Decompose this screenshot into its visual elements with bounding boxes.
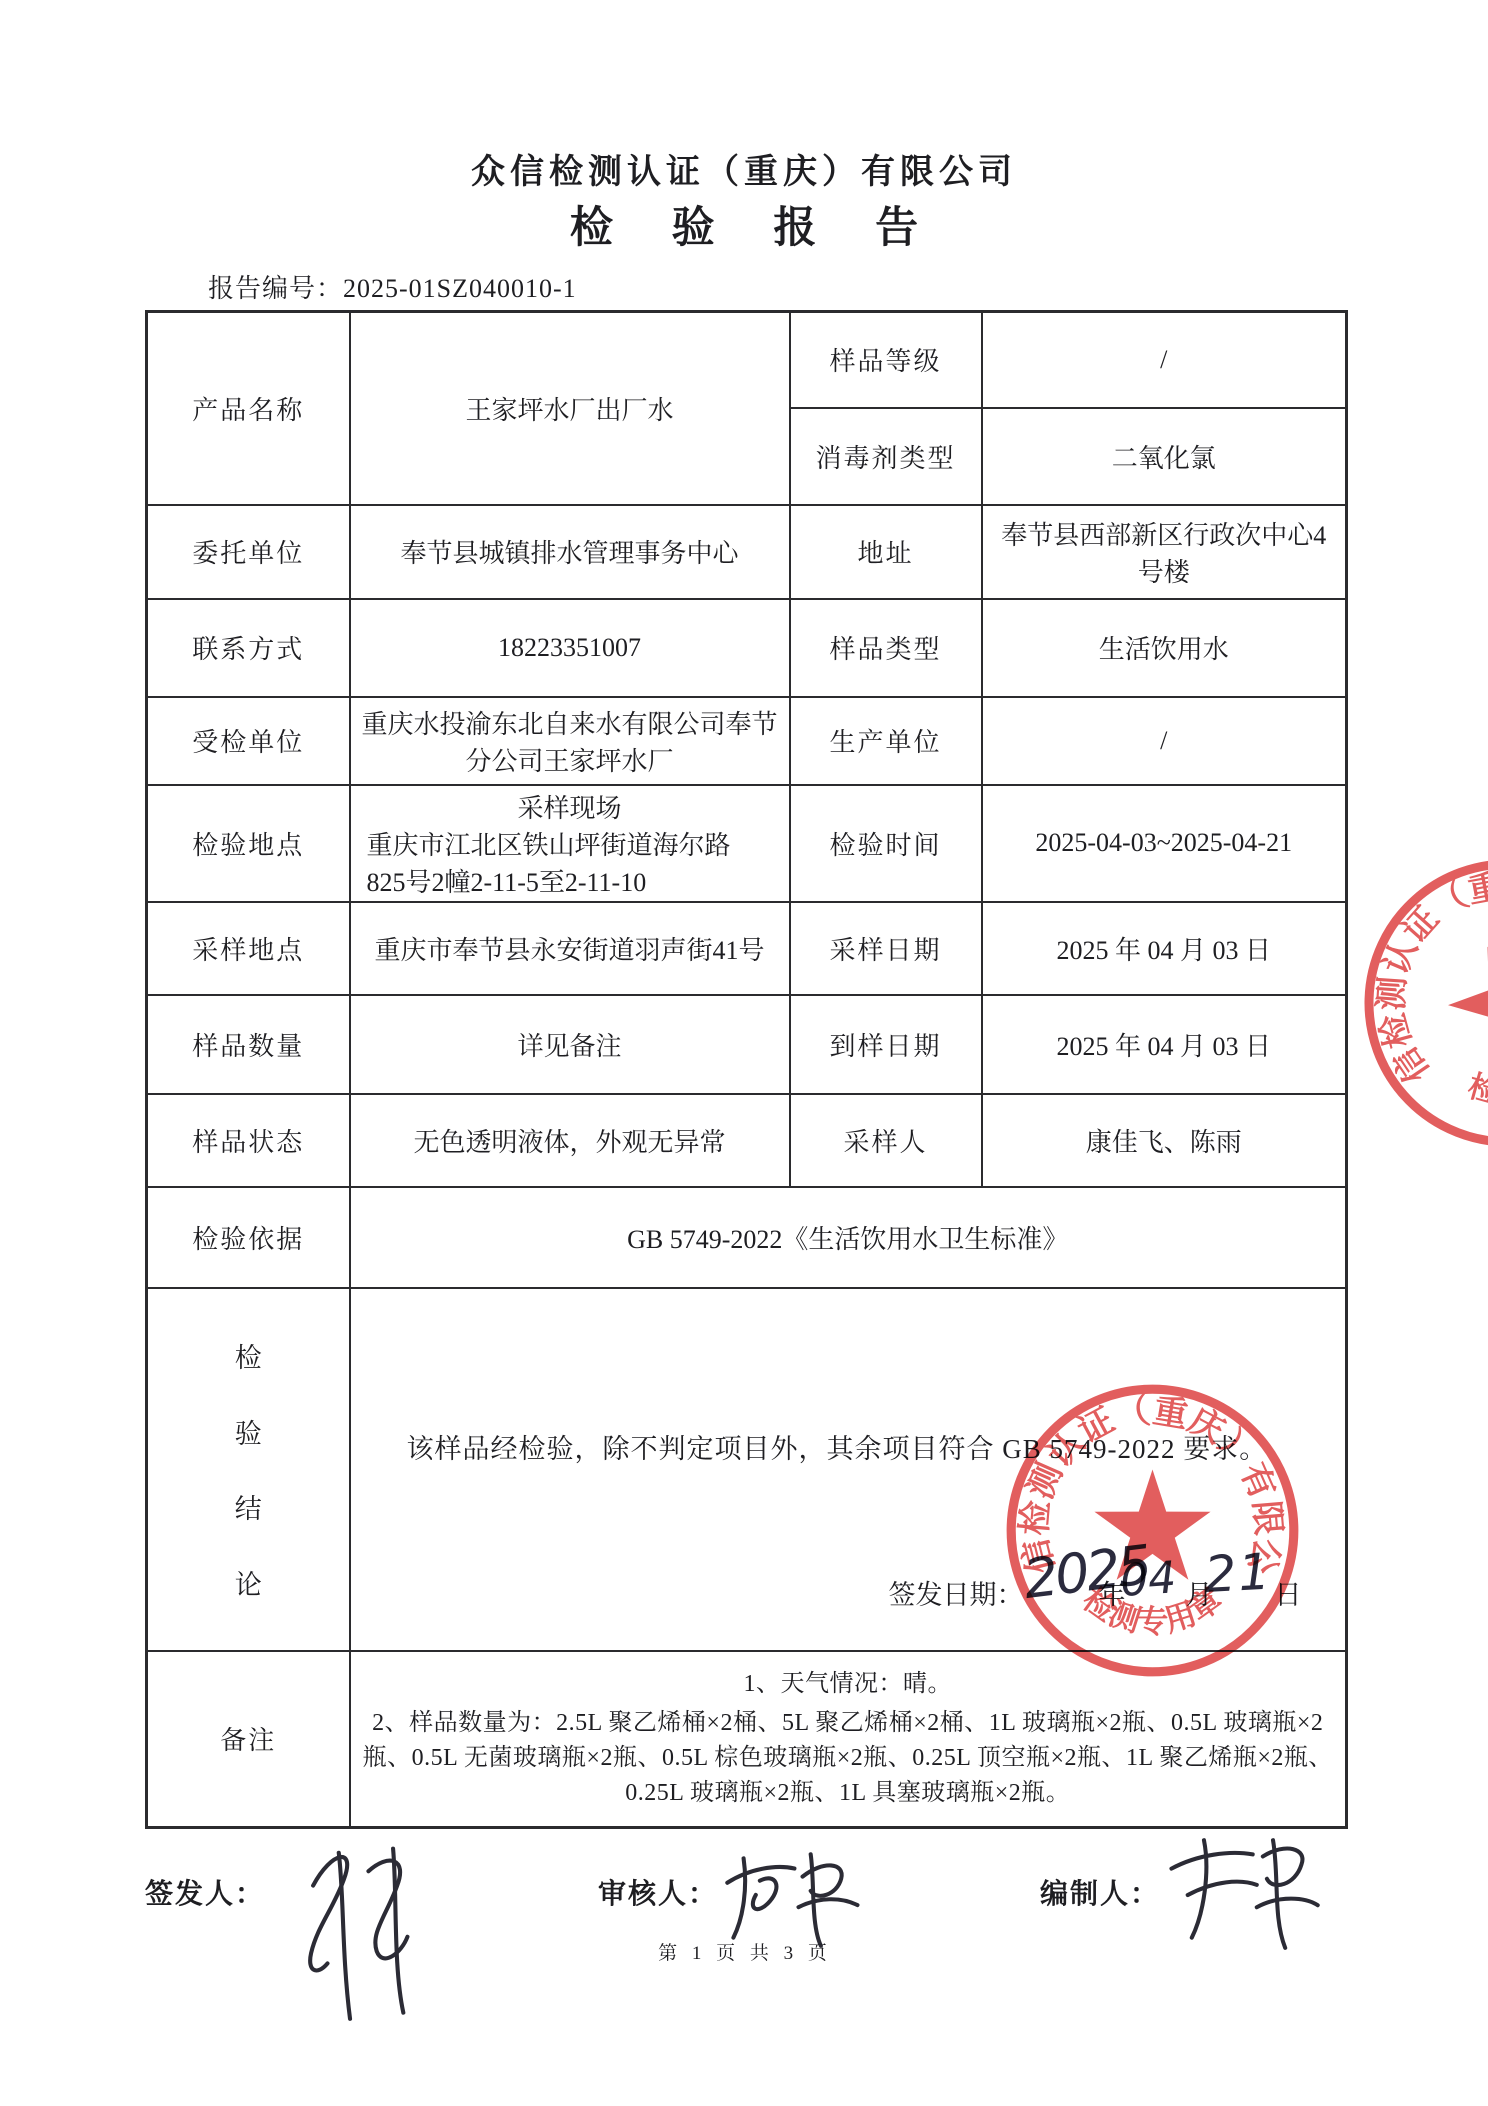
cell-contact-value: 18223351007 <box>350 599 790 697</box>
reviewer-label: 审核人： <box>598 1872 718 1912</box>
conclusion-char: 检 <box>235 1336 262 1375</box>
table-row: 样品数量 详见备注 到样日期 2025 年 04 月 03 日 <box>147 995 1347 1094</box>
cell-conclusion-label: 检 验 结 论 <box>147 1288 350 1651</box>
table-row: 采样地点 重庆市奉节县永安街道羽声街41号 采样日期 2025 年 04 月 0… <box>147 902 1347 995</box>
cell-grade-label: 样品等级 <box>790 312 982 408</box>
cell-sample-state-label: 样品状态 <box>147 1094 350 1187</box>
report-title: 检 验 报 告 <box>0 194 1488 255</box>
cell-sampler-value: 康佳飞、陈雨 <box>982 1094 1347 1187</box>
cell-sampler-label: 采样人 <box>790 1094 982 1187</box>
cell-inspection-time-value: 2025-04-03~2025-04-21 <box>982 785 1347 902</box>
issue-date-label: 签发日期： <box>889 1580 1024 1610</box>
handwritten-issue-day: 21 <box>1203 1543 1274 1604</box>
cell-product-value: 王家坪水厂出厂水 <box>350 312 790 505</box>
cell-inspection-place-label: 检验地点 <box>147 785 350 902</box>
handwritten-issue-month: 04 <box>1118 1552 1177 1607</box>
cell-remark-value: 1、天气情况：晴。 2、样品数量为：2.5L 聚乙烯桶×2桶、5L 聚乙烯桶×2… <box>350 1651 1347 1828</box>
report-page: 众信检测认证（重庆）有限公司 检 验 报 告 报告编号：2025-01SZ040… <box>0 0 1488 2106</box>
cell-remark-label: 备注 <box>147 1651 350 1828</box>
table-row: 产品名称 王家坪水厂出厂水 样品等级 / <box>147 312 1347 408</box>
cell-disinfectant-label: 消毒剂类型 <box>790 408 982 505</box>
cell-arrival-date-value: 2025 年 04 月 03 日 <box>982 995 1347 1094</box>
cell-basis-value: GB 5749-2022《生活饮用水卫生标准》 <box>350 1187 1347 1288</box>
cell-inspection-place-value: 采样现场 重庆市江北区铁山坪街道海尔路825号2幢2-11-5至2-11-10 <box>350 785 790 902</box>
report-number-value: 2025-01SZ040010-1 <box>343 274 577 303</box>
cell-inspection-time-label: 检验时间 <box>790 785 982 902</box>
cell-sample-type-label: 样品类型 <box>790 599 982 697</box>
cell-basis-label: 检验依据 <box>147 1187 350 1288</box>
conclusion-label-chars: 检 验 结 论 <box>158 1299 339 1639</box>
cell-sample-state-value: 无色透明液体，外观无异常 <box>350 1094 790 1187</box>
seal-star <box>1434 927 1488 1068</box>
issuer-label: 签发人： <box>145 1872 265 1912</box>
report-number-label: 报告编号： <box>208 274 343 303</box>
table-row: 受检单位 重庆水投渝东北自来水有限公司奉节分公司王家坪水厂 生产单位 / <box>147 697 1347 785</box>
cell-grade-value: / <box>982 312 1347 408</box>
conclusion-char: 验 <box>235 1412 262 1451</box>
svg-text:检测专用章: 检测专用章 <box>1455 1024 1488 1129</box>
cell-sample-qty-label: 样品数量 <box>147 995 350 1094</box>
issue-day-label: 日 <box>1275 1580 1302 1610</box>
inspection-place-line2: 重庆市江北区铁山坪街道海尔路825号2幢2-11-5至2-11-10 <box>363 825 777 899</box>
cell-disinfectant-value: 二氧化氯 <box>982 408 1347 505</box>
cell-client-label: 委托单位 <box>147 505 350 599</box>
cell-sampling-place-value: 重庆市奉节县永安街道羽声街41号 <box>350 902 790 995</box>
cell-arrival-date-label: 到样日期 <box>790 995 982 1094</box>
cell-sampling-date-value: 2025 年 04 月 03 日 <box>982 902 1347 995</box>
cell-inspected-unit-label: 受检单位 <box>147 697 350 785</box>
preparer-label: 编制人： <box>1040 1872 1160 1912</box>
conclusion-text: 该样品经检验，除不判定项目外，其余项目符合 GB 5749-2022 要求。 <box>407 1427 1320 1466</box>
remark-line2: 2、样品数量为：2.5L 聚乙烯桶×2桶、5L 聚乙烯桶×2桶、1L 玻璃瓶×2… <box>361 1706 1336 1810</box>
table-row: 委托单位 奉节县城镇排水管理事务中心 地址 奉节县西部新区行政次中心4号楼 <box>147 505 1347 599</box>
cell-producer-value: / <box>982 697 1347 785</box>
cell-inspected-unit-value: 重庆水投渝东北自来水有限公司奉节分公司王家坪水厂 <box>350 697 790 785</box>
report-number-line: 报告编号：2025-01SZ040010-1 <box>208 268 577 305</box>
conclusion-char: 结 <box>235 1487 262 1526</box>
cell-sampling-place-label: 采样地点 <box>147 902 350 995</box>
seal-bottom-text: 检测专用章 <box>1455 1024 1488 1129</box>
cell-client-value: 奉节县城镇排水管理事务中心 <box>350 505 790 599</box>
cell-sample-qty-value: 详见备注 <box>350 995 790 1094</box>
table-row: 联系方式 18223351007 样品类型 生活饮用水 <box>147 599 1347 697</box>
table-row: 备注 1、天气情况：晴。 2、样品数量为：2.5L 聚乙烯桶×2桶、5L 聚乙烯… <box>147 1651 1347 1828</box>
cell-producer-label: 生产单位 <box>790 697 982 785</box>
issuer-signature <box>282 1822 457 2027</box>
cell-address-label: 地址 <box>790 505 982 599</box>
remark-line1: 1、天气情况：晴。 <box>361 1667 1336 1702</box>
table-row: 样品状态 无色透明液体，外观无异常 采样人 康佳飞、陈雨 <box>147 1094 1347 1187</box>
cell-address-value: 奉节县西部新区行政次中心4号楼 <box>982 505 1347 599</box>
company-title: 众信检测认证（重庆）有限公司 <box>0 144 1488 193</box>
inspection-place-line1: 采样现场 <box>363 788 777 825</box>
cell-contact-label: 联系方式 <box>147 599 350 697</box>
table-row: 检验依据 GB 5749-2022《生活饮用水卫生标准》 <box>147 1187 1347 1288</box>
cell-product-label: 产品名称 <box>147 312 350 505</box>
cell-sample-type-value: 生活饮用水 <box>982 599 1347 697</box>
cell-conclusion-value: 该样品经检验，除不判定项目外，其余项目符合 GB 5749-2022 要求。 签… <box>350 1288 1347 1651</box>
page-footer: 第 1 页 共 3 页 <box>145 1938 1345 1965</box>
cell-sampling-date-label: 采样日期 <box>790 902 982 995</box>
conclusion-char: 论 <box>235 1563 262 1602</box>
table-row: 检验地点 采样现场 重庆市江北区铁山坪街道海尔路825号2幢2-11-5至2-1… <box>147 785 1347 902</box>
